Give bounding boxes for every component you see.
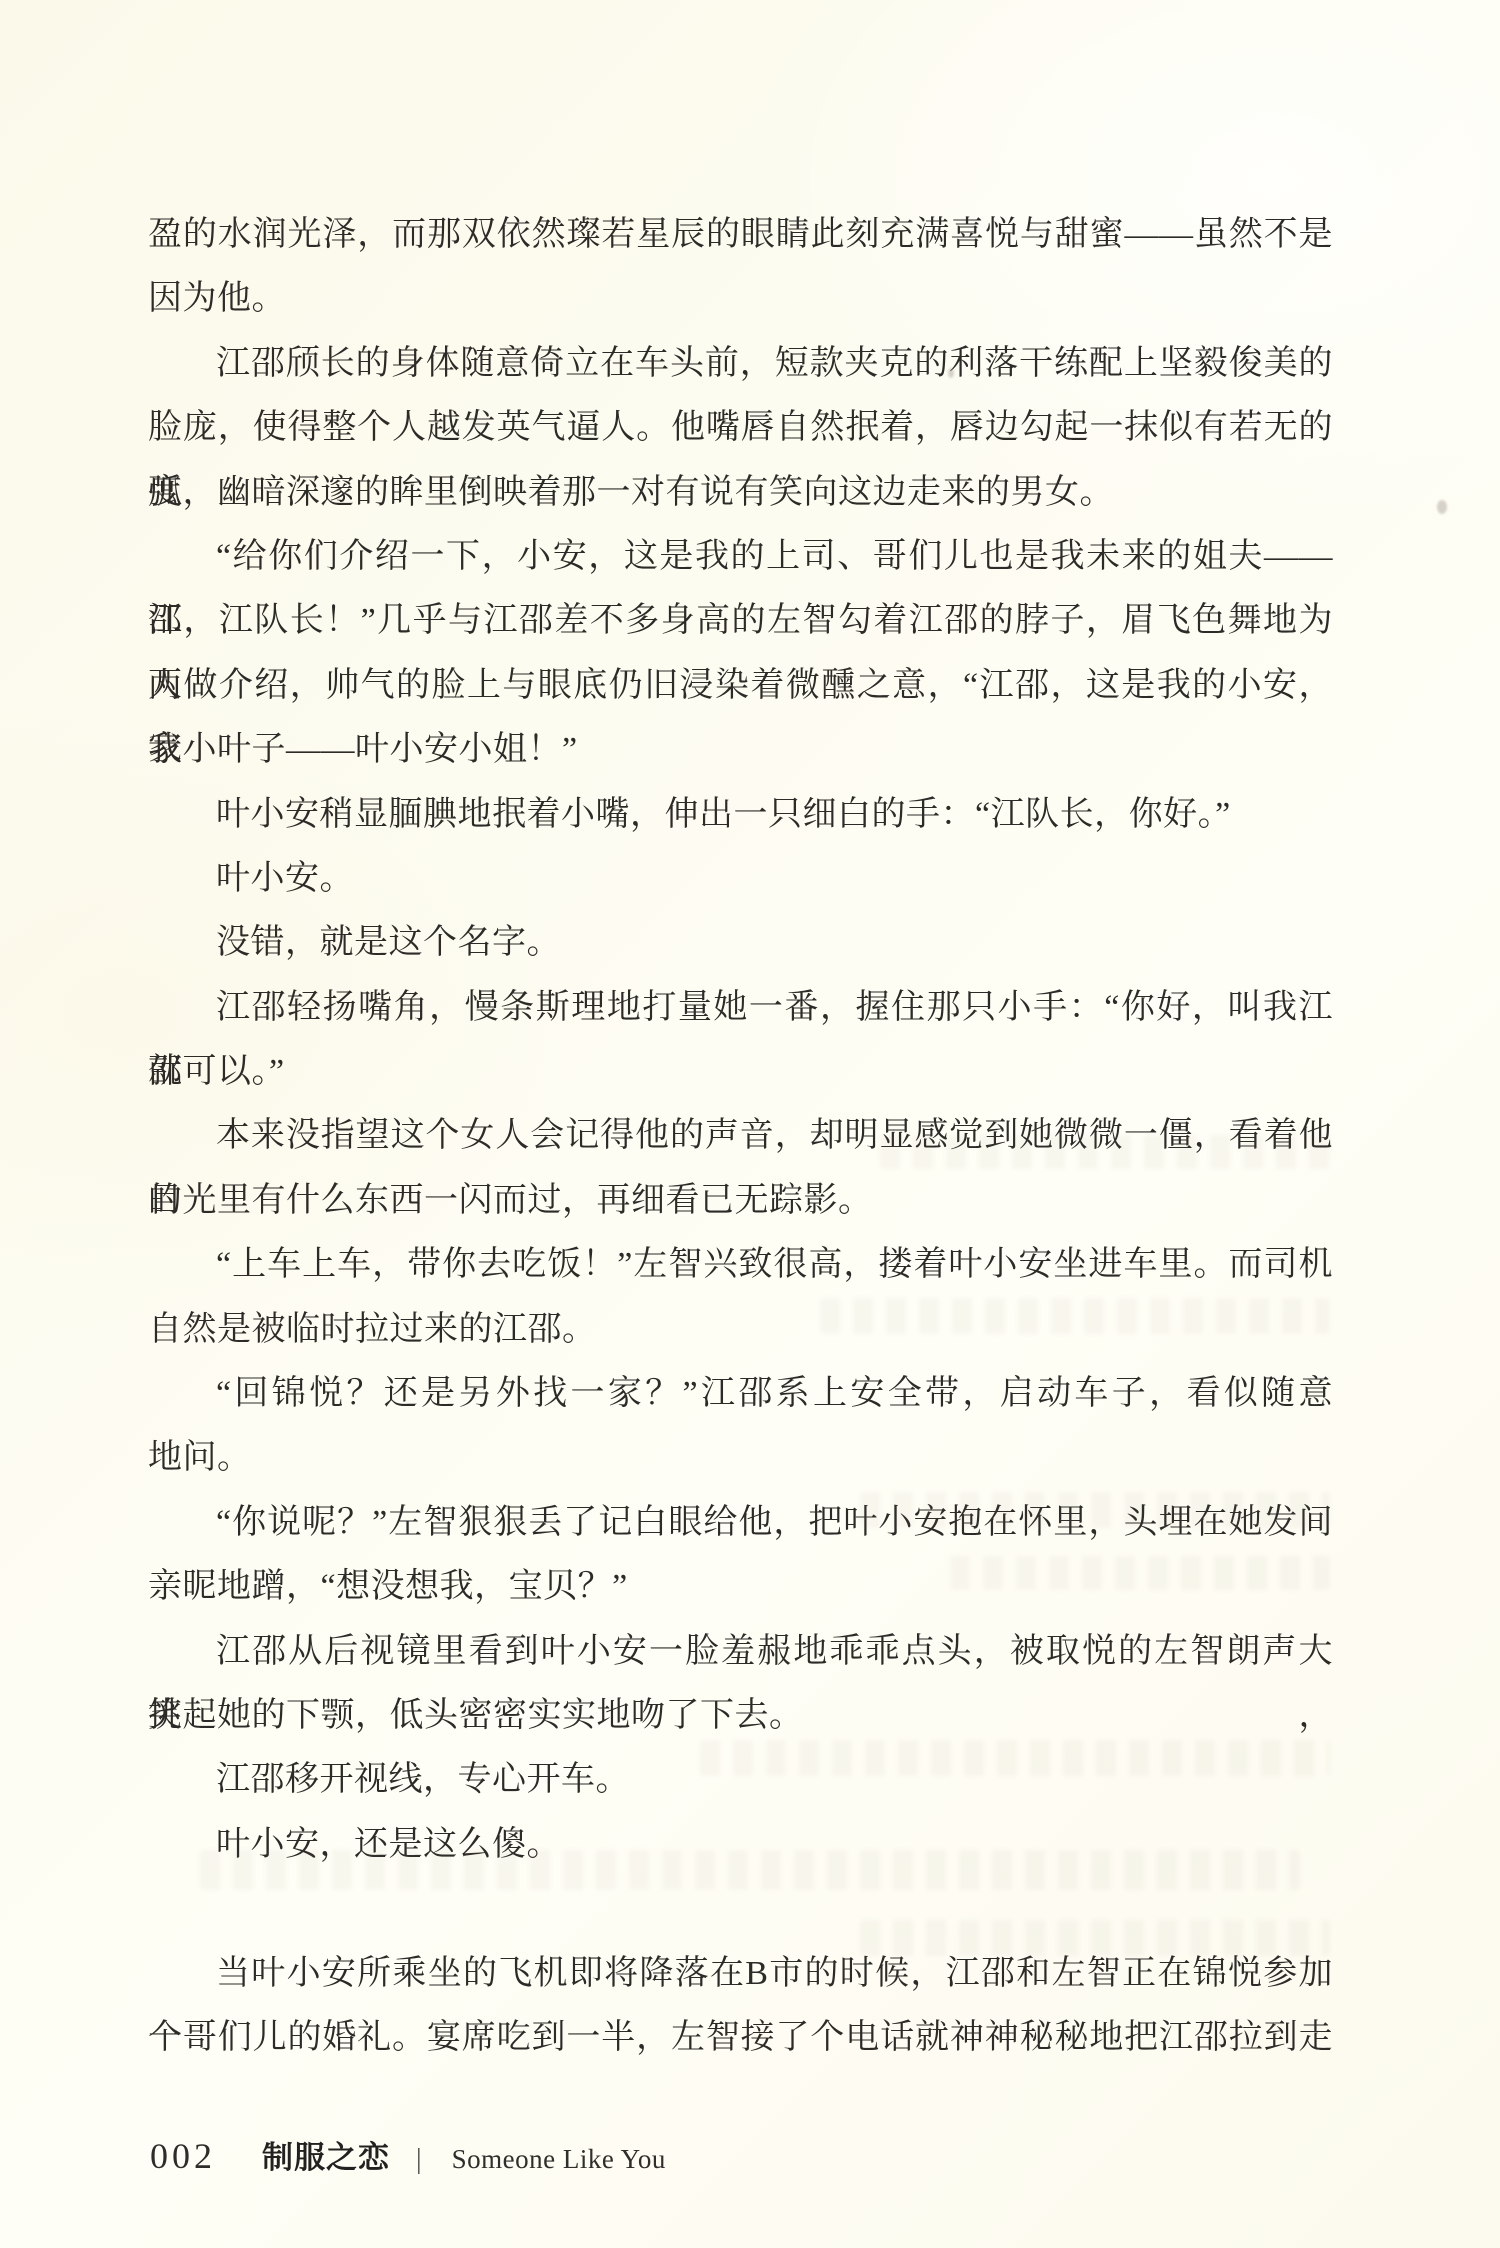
text-line: “回锦悦？还是另外找一家？”江邵系上安全带，启动车子，看似随意 bbox=[148, 1362, 1333, 1426]
text-line: 江邵颀长的身体随意倚立在车头前，短款夹克的利落干练配上坚毅俊美的 bbox=[148, 332, 1333, 396]
text-line: 没错，就是这个名字。 bbox=[148, 911, 1333, 975]
text-line: 江邵轻扬嘴角，慢条斯理地打量她一番，握住那只小手：“你好，叫我江邵 bbox=[148, 976, 1333, 1040]
text-line: 就可以。” bbox=[148, 1040, 1333, 1104]
text-line: “你说呢？”左智狠狠丢了记白眼给他，把叶小安抱在怀里，头埋在她发间 bbox=[148, 1491, 1333, 1555]
body-text: 盈的水润光泽，而那双依然璨若星辰的眼睛此刻充满喜悦与甜蜜——虽然不是 因为他。 … bbox=[148, 203, 1333, 2070]
text-line: 当叶小安所乘坐的飞机即将降落在B市的时候，江邵和左智正在锦悦参加一 bbox=[148, 1942, 1333, 2006]
text-line: 个哥们儿的婚礼。宴席吃到一半，左智接了个电话就神神秘秘地把江邵拉到走 bbox=[148, 2006, 1333, 2070]
text-line: 家小叶子——叶小安小姐！” bbox=[148, 718, 1333, 782]
text-line: 邵，江队长！”几乎与江邵差不多身高的左智勾着江邵的脖子，眉飞色舞地为两 bbox=[148, 589, 1333, 653]
book-title-chinese: 制服之恋 bbox=[262, 2132, 390, 2177]
text-line: 叶小安稍显腼腆地抿着小嘴，伸出一只细白的手：“江队长，你好。” bbox=[148, 783, 1333, 847]
text-line: 江邵从后视镜里看到叶小安一脸羞赧地乖乖点头，被取悦的左智朗声大笑， bbox=[148, 1620, 1333, 1684]
text-line: 本来没指望这个女人会记得他的声音，却明显感觉到她微微一僵，看着他的 bbox=[148, 1104, 1333, 1168]
paragraph-break bbox=[148, 1877, 1333, 1941]
text-line: 叶小安，还是这么傻。 bbox=[148, 1813, 1333, 1877]
text-line: 度，幽暗深邃的眸里倒映着那一对有说有笑向这边走来的男女。 bbox=[148, 461, 1333, 525]
text-line: “给你们介绍一下，小安，这是我的上司、哥们儿也是我未来的姐夫——江 bbox=[148, 525, 1333, 589]
book-title-english: Someone Like You bbox=[452, 2144, 666, 2175]
book-page: 盈的水润光泽，而那双依然璨若星辰的眼睛此刻充满喜悦与甜蜜——虽然不是 因为他。 … bbox=[0, 0, 1500, 2248]
text-line: 江邵移开视线，专心开车。 bbox=[148, 1748, 1333, 1812]
text-line: 叶小安。 bbox=[148, 847, 1333, 911]
page-footer: 002 制服之恋 | Someone Like You bbox=[150, 2132, 666, 2184]
text-line: 人做介绍，帅气的脸上与眼底仍旧浸染着微醺之意，“江邵，这是我的小安，我 bbox=[148, 654, 1333, 718]
text-line: 亲昵地蹭，“想没想我，宝贝？” bbox=[148, 1555, 1333, 1619]
text-line: 盈的水润光泽，而那双依然璨若星辰的眼睛此刻充满喜悦与甜蜜——虽然不是 bbox=[148, 203, 1333, 267]
text-line: 地问。 bbox=[148, 1426, 1333, 1490]
footer-separator: | bbox=[416, 2144, 422, 2176]
text-line: 目光里有什么东西一闪而过，再细看已无踪影。 bbox=[148, 1169, 1333, 1233]
scan-speck bbox=[1437, 500, 1447, 514]
text-line: 自然是被临时拉过来的江邵。 bbox=[148, 1298, 1333, 1362]
text-line: 因为他。 bbox=[148, 267, 1333, 331]
page-number: 002 bbox=[150, 2135, 216, 2177]
text-line: 脸庞，使得整个人越发英气逼人。他嘴唇自然抿着，唇边勾起一抹似有若无的弧 bbox=[148, 396, 1333, 460]
text-line: “上车上车，带你去吃饭！”左智兴致很高，搂着叶小安坐进车里。而司机 bbox=[148, 1233, 1333, 1297]
